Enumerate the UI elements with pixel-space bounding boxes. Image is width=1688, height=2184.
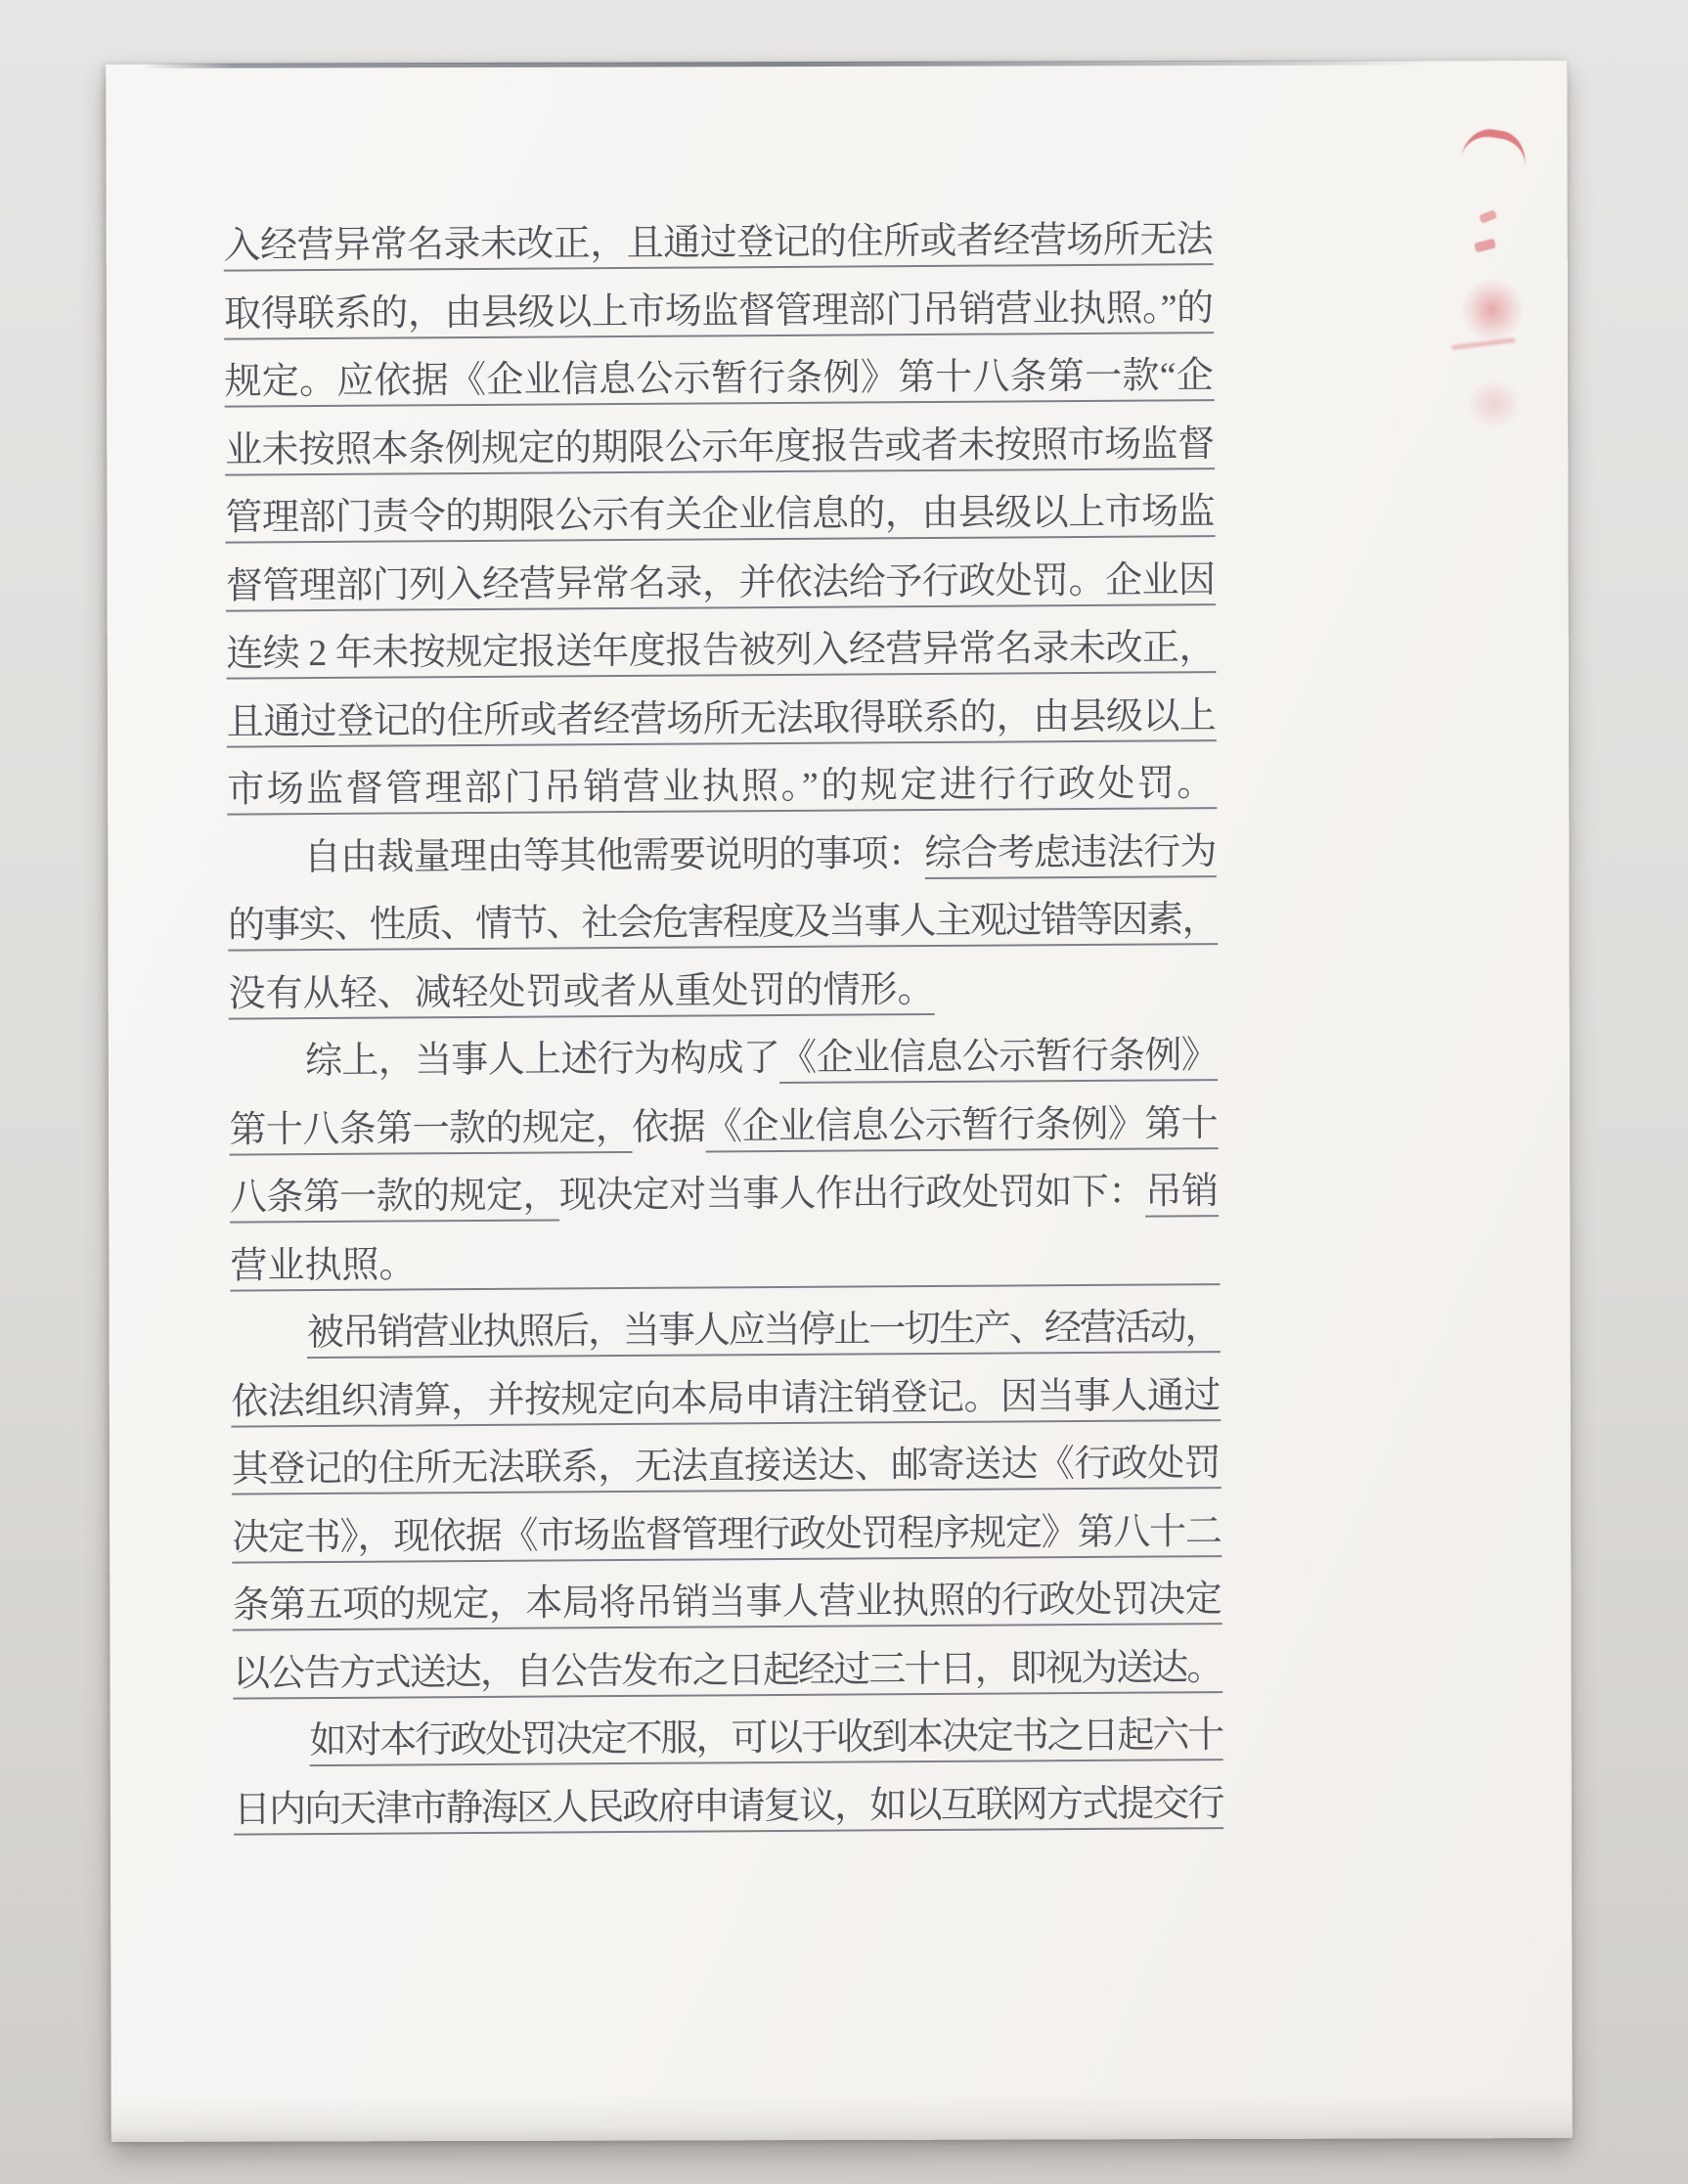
underlined-text: 以公告方式送达，自公告发布之日起经过三十日，即视为送达。 xyxy=(233,1634,1222,1709)
underlined-text: 第十八条第一款的规定， xyxy=(229,1093,632,1164)
underlined-text: 《企业信息公示暂行条例》第十 xyxy=(705,1091,1218,1162)
underlined-text: 连续 2 年未按规定报送年度报告被列入经营异常名录未改正， xyxy=(226,614,1216,689)
text-line: 连续 2 年未按规定报送年度报告被列入经营异常名录未改正， xyxy=(226,614,1216,689)
text-line: 管理部门责令的期限公示有关企业信息的，由县级以上市场监 xyxy=(225,478,1215,553)
stamp-faint-fragment xyxy=(1467,379,1522,428)
text-line: 条第五项的规定，本局将吊销当事人营业执照的行政处罚决定 xyxy=(232,1566,1222,1640)
text-line: 如对本行政处罚决定不服，可以于收到本决定书之日起六十 xyxy=(233,1702,1222,1776)
underlined-text: 依法组织清算，并按规定向本局申请注销登记。因当事人通过 xyxy=(231,1362,1221,1437)
text-block: 入经营异常名录未改正，且通过登记的住所或者经营场所无法取得联系的，由县级以上市场… xyxy=(223,206,1223,1845)
plain-text: 依据 xyxy=(632,1093,705,1162)
underlined-text: 入经营异常名录未改正，且通过登记的住所或者经营场所无法 xyxy=(223,206,1213,281)
text-line: 入经营异常名录未改正，且通过登记的住所或者经营场所无法 xyxy=(223,206,1213,281)
text-line: 没有从轻、减轻处罚或者从重处罚的情形。 xyxy=(228,955,1218,1029)
text-line: 决定书》，现依据《市场监督管理行政处罚程序规定》第八十二 xyxy=(232,1498,1222,1573)
underlined-text: 八条第一款的规定， xyxy=(230,1162,559,1232)
underlined-text: 《企业信息公示暂行条例》 xyxy=(779,1022,1218,1092)
underlined-text: 的事实、性质、情节、社会危害程度及当事人主观过错等因素， xyxy=(228,886,1218,960)
text-line: 市场监督管理部门吊销营业执照。”的规定进行行政处罚。 xyxy=(227,750,1217,825)
underlined-text: 日内向天津市静海区人民政府申请复议，如以互联网方式提交行 xyxy=(234,1770,1223,1845)
underlined-text: 决定书》，现依据《市场监督管理行政处罚程序规定》第八十二 xyxy=(232,1498,1222,1573)
text-line: 八条第一款的规定，现决定对当事人作出行政处罚如下：吊销 xyxy=(230,1158,1220,1232)
underlined-text: 督管理部门列入经营异常名录，并依法给予行政处罚。企业因 xyxy=(226,547,1216,621)
underlined-text: 如对本行政处罚决定不服，可以于收到本决定书之日起六十 xyxy=(309,1702,1222,1776)
text-line: 其登记的住所无法联系，无法直接送达、邮寄送达《行政处罚 xyxy=(231,1430,1221,1504)
text-line: 业未按照本条例规定的期限公示年度报告或者未按照市场监督 xyxy=(225,411,1215,485)
text-line: 综上，当事人上述行为构成了《企业信息公示暂行条例》 xyxy=(229,1022,1219,1096)
text-line: 被吊销营业执照后，当事人应当停止一切生产、经营活动， xyxy=(231,1294,1221,1368)
plain-text: 自由裁量理由等其他需要说明的事项： xyxy=(303,821,924,893)
underlined-text: 取得联系的，由县级以上市场监督管理部门吊销营业执照。”的 xyxy=(224,275,1214,349)
plain-text: 综上，当事人上述行为构成了 xyxy=(305,1025,780,1096)
text-line: 的事实、性质、情节、社会危害程度及当事人主观过错等因素， xyxy=(228,886,1218,960)
underlined-text: 吊销 xyxy=(1144,1158,1218,1226)
text-line: 以公告方式送达，自公告发布之日起经过三十日，即视为送达。 xyxy=(233,1634,1222,1709)
text-line: 且通过登记的住所或者经营场所无法取得联系的，由县级以上 xyxy=(227,683,1217,757)
underlined-text: 管理部门责令的期限公示有关企业信息的，由县级以上市场监 xyxy=(225,478,1215,553)
stamp-blob-fragment xyxy=(1461,278,1524,342)
underlined-text: 被吊销营业执照后，当事人应当停止一切生产、经营活动， xyxy=(307,1294,1221,1368)
underlined-text: 规定。应依据《企业信息公示暂行条例》第十八条第一款“企 xyxy=(224,342,1214,417)
plain-text: 现决定对当事人作出行政处罚如下： xyxy=(559,1159,1145,1230)
underline-rule xyxy=(416,1226,1220,1300)
underlined-text: 营业执照。 xyxy=(230,1231,416,1301)
text-line: 营业执照。 xyxy=(230,1226,1220,1301)
paper-sheet: 入经营异常名录未改正，且通过登记的住所或者经营场所无法取得联系的，由县级以上市场… xyxy=(106,61,1573,2142)
underlined-text: 市场监督管理部门吊销营业执照。”的规定进行行政处罚。 xyxy=(227,750,1217,825)
text-line: 督管理部门列入经营异常名录，并依法给予行政处罚。企业因 xyxy=(226,547,1216,621)
underlined-text: 条第五项的规定，本局将吊销当事人营业执照的行政处罚决定 xyxy=(232,1566,1222,1640)
underlined-text: 没有从轻、减轻处罚或者从重处罚的情形。 xyxy=(228,956,934,1028)
text-line: 日内向天津市静海区人民政府申请复议，如以互联网方式提交行 xyxy=(234,1770,1223,1845)
text-line: 规定。应依据《企业信息公示暂行条例》第十八条第一款“企 xyxy=(224,342,1214,417)
underlined-text: 且通过登记的住所或者经营场所无法取得联系的，由县级以上 xyxy=(227,683,1217,757)
underlined-text: 其登记的住所无法联系，无法直接送达、邮寄送达《行政处罚 xyxy=(231,1430,1221,1504)
underlined-text: 业未按照本条例规定的期限公示年度报告或者未按照市场监督 xyxy=(225,411,1215,485)
underlined-text: 综合考虑违法行为 xyxy=(924,819,1217,888)
text-line: 取得联系的，由县级以上市场监督管理部门吊销营业执照。”的 xyxy=(224,275,1214,349)
text-line: 依法组织清算，并按规定向本局申请注销登记。因当事人通过 xyxy=(231,1362,1221,1437)
text-line: 自由裁量理由等其他需要说明的事项：综合考虑违法行为 xyxy=(227,819,1217,893)
text-line: 第十八条第一款的规定，依据《企业信息公示暂行条例》第十 xyxy=(229,1091,1219,1165)
scanned-document-photo: { "document": { "description_label": "ad… xyxy=(0,0,1688,2184)
